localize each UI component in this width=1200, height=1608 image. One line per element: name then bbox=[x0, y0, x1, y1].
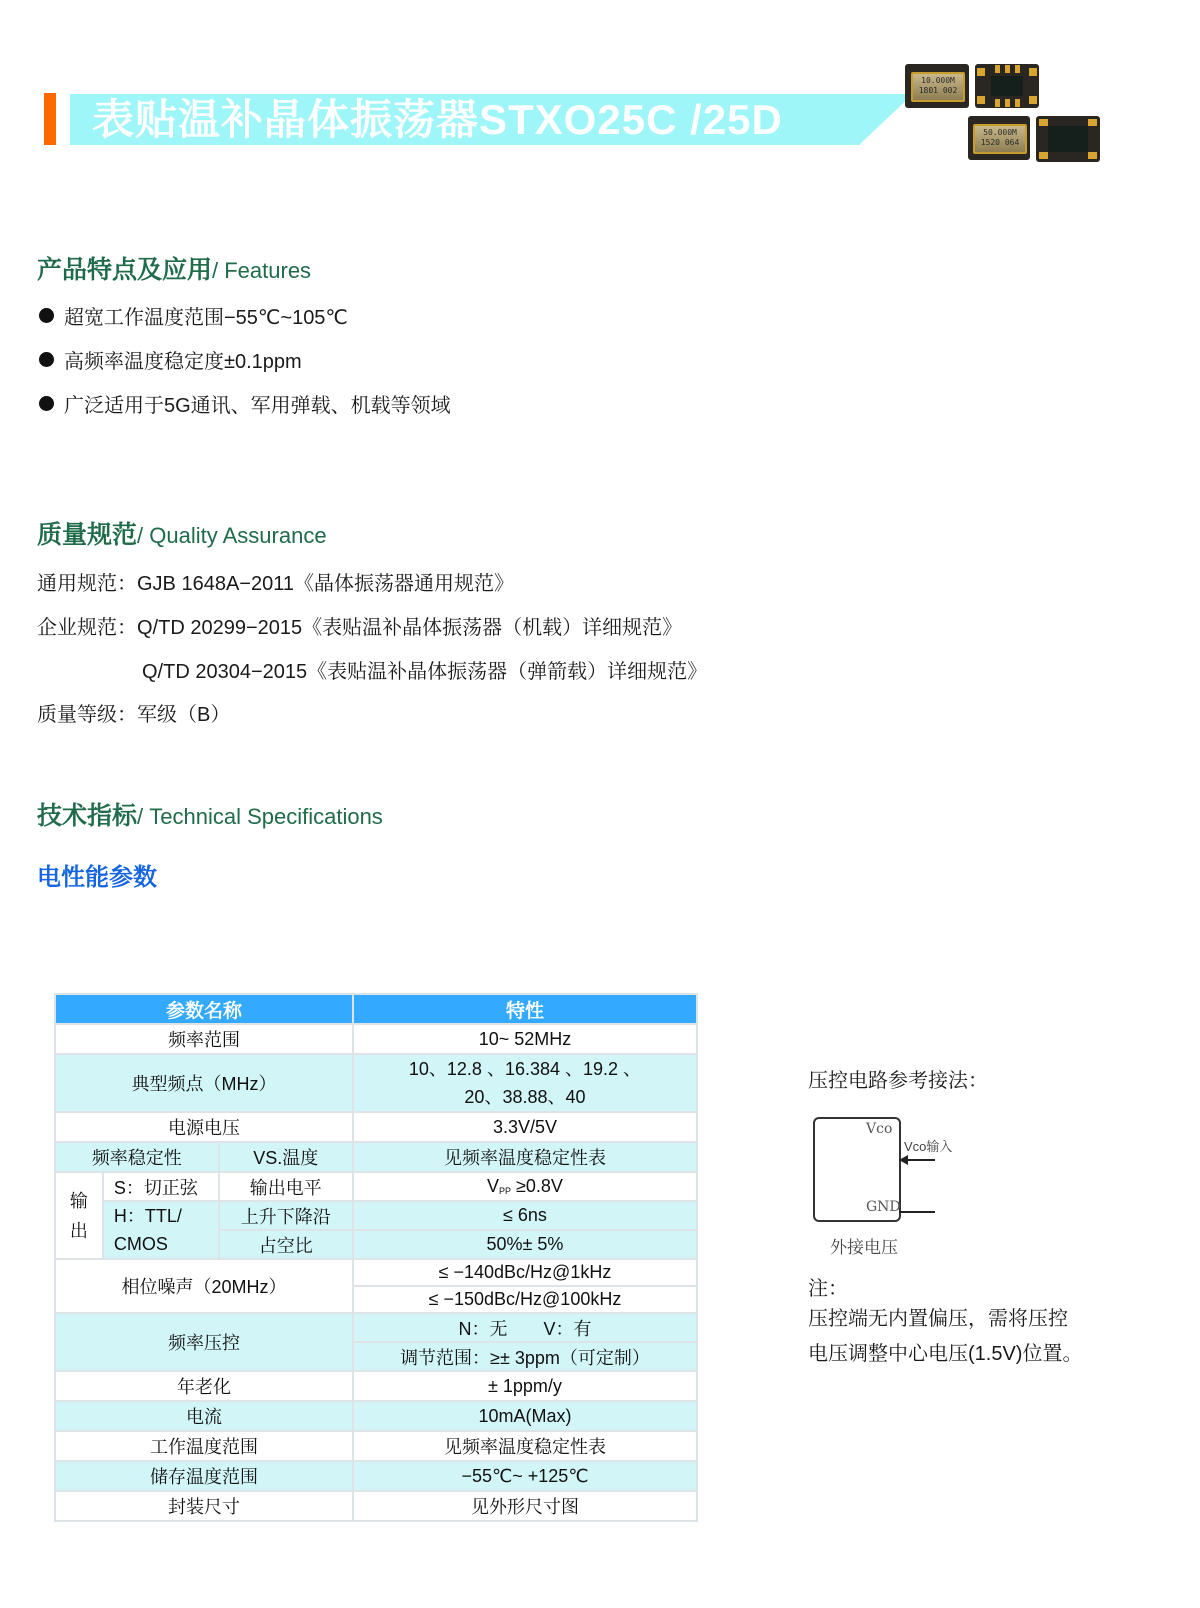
gnd-wire bbox=[899, 1211, 935, 1213]
feature-item: 超宽工作温度范围−55℃~105℃ bbox=[39, 301, 348, 330]
table-row: 年老化 ± 1ppm/y bbox=[55, 1371, 697, 1401]
circuit-caption: 外接电压 bbox=[830, 1233, 898, 1258]
spec-table: 参数名称 特性 频率范围 10~ 52MHz 典型频点（MHz） 10、12.8… bbox=[54, 993, 698, 1522]
pin-gnd-label: GND bbox=[866, 1199, 901, 1215]
table-row: 工作温度范围 见频率温度稳定性表 bbox=[55, 1431, 697, 1461]
product-image-chip-top-1: 10.000M 1801 002 bbox=[905, 64, 969, 108]
arrow-left-icon bbox=[899, 1155, 908, 1165]
title-accent-bar bbox=[44, 93, 56, 145]
quality-row-enterprise-1: 企业规范：Q/TD 20299−2015《表贴温补晶体振荡器（机载）详细规范》 bbox=[37, 611, 682, 640]
table-row: 频率稳定性 VS.温度 见频率温度稳定性表 bbox=[55, 1142, 697, 1172]
bullet-icon bbox=[39, 352, 54, 367]
product-image-chip-bottom-2 bbox=[1036, 116, 1100, 162]
table-row: 封装尺寸 见外形尺寸图 bbox=[55, 1491, 697, 1521]
table-row: 电流 10mA(Max) bbox=[55, 1401, 697, 1431]
table-row: 输出 S：切正弦 输出电平 VPP ≥0.8V bbox=[55, 1172, 697, 1201]
features-heading: 产品特点及应用/ Features bbox=[37, 250, 311, 286]
output-group-cell: 输出 bbox=[55, 1172, 103, 1259]
tech-heading: 技术指标/ Technical Specifications bbox=[37, 796, 383, 832]
table-row: H：TTL/ CMOS 上升下降沿 ≤ 6ns bbox=[55, 1201, 697, 1230]
note-line-1: 压控端无内置偏压，需将压控 bbox=[808, 1302, 1068, 1331]
quality-row-general: 通用规范：GJB 1648A−2011《晶体振荡器通用规范》 bbox=[37, 567, 514, 596]
table-row: 相位噪声（20MHz） ≤ −140dBc/Hz@1kHz bbox=[55, 1259, 697, 1286]
pin-vco-label: Vco bbox=[866, 1121, 892, 1137]
page-title: 表贴温补晶体振荡器STXO25C /25D bbox=[92, 95, 783, 145]
product-image-chip-top-2: 50.000M 1520 064 bbox=[968, 116, 1030, 160]
quality-row-grade: 质量等级：军级（B） bbox=[37, 698, 230, 727]
bullet-icon bbox=[39, 308, 54, 323]
table-row: 频率压控 N：无 V：有 bbox=[55, 1313, 697, 1342]
table-row: 储存温度范围 −55℃~ +125℃ bbox=[55, 1461, 697, 1491]
feature-item: 高频率温度稳定度±0.1ppm bbox=[39, 345, 302, 374]
table-header-row: 参数名称 特性 bbox=[55, 994, 697, 1024]
bullet-icon bbox=[39, 396, 54, 411]
circuit-title: 压控电路参考接法： bbox=[808, 1064, 988, 1093]
feature-item: 广泛适用于5G通讯、军用弹载、机载等领域 bbox=[39, 389, 451, 418]
header-param-name: 参数名称 bbox=[55, 994, 353, 1024]
table-row: 频率范围 10~ 52MHz bbox=[55, 1024, 697, 1054]
product-image-chip-bottom-1 bbox=[975, 64, 1039, 108]
note-line-2: 电压调整中心电压(1.5V)位置。 bbox=[808, 1337, 1082, 1366]
electrical-params-heading: 电性能参数 bbox=[37, 857, 157, 892]
quality-row-enterprise-2: Q/TD 20304−2015《表贴温补晶体振荡器（弹箭载）详细规范》 bbox=[142, 655, 707, 684]
table-row: 电源电压 3.3V/5V bbox=[55, 1112, 697, 1142]
vco-input-label: Vco输入 bbox=[904, 1136, 952, 1155]
header-characteristic: 特性 bbox=[353, 994, 697, 1024]
quality-heading: 质量规范/ Quality Assurance bbox=[37, 515, 327, 551]
table-row: 典型频点（MHz） 10、12.8 、16.384 、19.2 、 20、38.… bbox=[55, 1054, 697, 1112]
note-heading: 注： bbox=[808, 1272, 848, 1301]
